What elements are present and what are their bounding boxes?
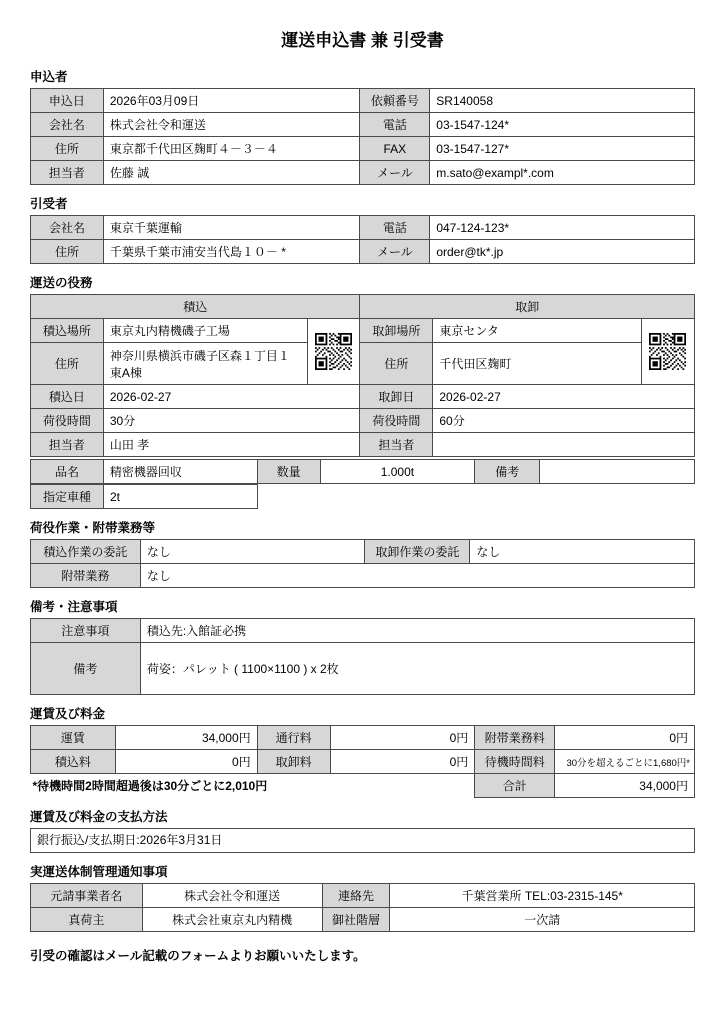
acceptor-table: 会社名 東京千葉運輸 電話 047-124-123* 住所 千葉県千葉市浦安当代… <box>30 215 695 264</box>
qr-code-icon <box>315 333 352 370</box>
table-row: 元請事業者名 株式会社令和運送 連絡先 千葉営業所 TEL:03-2315-14… <box>31 884 695 908</box>
field-value: 30分 <box>103 409 360 433</box>
field-value: 千葉営業所 TEL:03-2315-145* <box>390 884 695 908</box>
field-label: 運賃 <box>31 726 116 750</box>
field-label: 附帯業務 <box>31 564 141 588</box>
field-label: 住所 <box>360 343 433 385</box>
field-value: 03-1547-124* <box>430 113 695 137</box>
section-heading-management: 実運送体制管理通知事項 <box>30 862 695 880</box>
field-value: m.sato@exampl*.com <box>430 161 695 185</box>
field-label: 御社階層 <box>322 908 390 932</box>
payment-method-value: 銀行振込/支払期日:2026年3月31日 <box>30 828 695 853</box>
field-label: 通行料 <box>257 726 330 750</box>
field-label: 元請事業者名 <box>31 884 143 908</box>
table-row: 積込作業の委託 なし 取卸作業の委託 なし <box>31 540 695 564</box>
table-row: 荷役時間 30分 荷役時間 60分 <box>31 409 695 433</box>
table-row: 注意事項 積込先:入館証必携 <box>31 619 695 643</box>
loading-header: 積込 <box>31 295 360 319</box>
field-value: 0円 <box>330 726 475 750</box>
field-value: SR140058 <box>430 89 695 113</box>
field-label: 積込作業の委託 <box>31 540 141 564</box>
field-label: 備考 <box>475 460 540 484</box>
field-value: 株式会社令和運送 <box>103 113 360 137</box>
field-label: 合計 <box>475 774 555 798</box>
remarks-table: 注意事項 積込先:入館証必携 備考 荷姿：パレット ( 1100×1100 ) … <box>30 618 695 695</box>
table-row: 住所 千葉県千葉市浦安当代島１０－ * メール order@tk*.jp <box>31 240 695 264</box>
field-value: 34,000円 <box>115 726 257 750</box>
table-row: 附帯業務 なし <box>31 564 695 588</box>
field-value <box>540 460 695 484</box>
field-label: 申込日 <box>31 89 104 113</box>
unloading-qr-cell <box>641 319 694 385</box>
field-value: 東京千葉運輸 <box>103 216 360 240</box>
item-table: 品名 精密機器回収 数量 1.000t 備考 <box>30 459 695 484</box>
field-value: なし <box>140 540 365 564</box>
field-value: 精密機器回収 <box>103 460 257 484</box>
total-value: 34,000円 <box>555 774 695 798</box>
table-row: 担当者 山田 孝 担当者 <box>31 433 695 457</box>
field-label: 荷役時間 <box>31 409 104 433</box>
field-label: 住所 <box>31 343 104 385</box>
field-value: 荷姿：パレット ( 1100×1100 ) x 2枚 <box>140 643 694 695</box>
field-value: 千葉県千葉市浦安当代島１０－ * <box>103 240 360 264</box>
field-value: 0円 <box>555 726 695 750</box>
field-label: 会社名 <box>31 216 104 240</box>
table-row: 真荷主 株式会社東京丸内精機 御社階層 一次請 <box>31 908 695 932</box>
table-row: 会社名 東京千葉運輸 電話 047-124-123* <box>31 216 695 240</box>
field-value: 一次請 <box>390 908 695 932</box>
field-value: 30分を超えるごとに1,680円* <box>555 750 695 774</box>
field-label: 積込料 <box>31 750 116 774</box>
management-table: 元請事業者名 株式会社令和運送 連絡先 千葉営業所 TEL:03-2315-14… <box>30 883 695 932</box>
field-value: なし <box>470 540 695 564</box>
field-label: メール <box>360 240 430 264</box>
section-heading-work: 荷役作業・附帯業務等 <box>30 518 695 536</box>
field-value: 株式会社令和運送 <box>142 884 322 908</box>
field-value <box>433 433 695 457</box>
table-row: 積込場所 東京丸内精機磯子工場 取卸場所 東京センタ <box>31 319 695 343</box>
waiting-time-note: *待機時間2時間超過後は30分ごとに2,010円 <box>31 774 475 798</box>
field-label: 取卸日 <box>360 385 433 409</box>
field-label: 附帯業務料 <box>475 726 555 750</box>
field-label: 取卸作業の委託 <box>365 540 470 564</box>
field-value: 047-124-123* <box>430 216 695 240</box>
field-label: 住所 <box>31 137 104 161</box>
field-value: 東京都千代田区麹町４－３－４ <box>103 137 360 161</box>
field-value: 積込先:入館証必携 <box>140 619 694 643</box>
field-label: メール <box>360 161 430 185</box>
page-title: 運送申込書 兼 引受書 <box>30 26 695 51</box>
vehicle-table: 指定車種 2t <box>30 484 258 509</box>
document-page: 運送申込書 兼 引受書 申込者 申込日 2026年03月09日 依頼番号 SR1… <box>0 0 724 964</box>
field-value: 山田 孝 <box>103 433 360 457</box>
table-row: 指定車種 2t <box>31 485 258 509</box>
field-label: 住所 <box>31 240 104 264</box>
table-row: 積込料 0円 取卸料 0円 待機時間料 30分を超えるごとに1,680円* <box>31 750 695 774</box>
table-row: 会社名 株式会社令和運送 電話 03-1547-124* <box>31 113 695 137</box>
table-row: 備考 荷姿：パレット ( 1100×1100 ) x 2枚 <box>31 643 695 695</box>
field-label: 指定車種 <box>31 485 104 509</box>
field-value: なし <box>140 564 694 588</box>
table-row: 品名 精密機器回収 数量 1.000t 備考 <box>31 460 695 484</box>
unloading-header: 取卸 <box>360 295 695 319</box>
field-label: 連絡先 <box>322 884 390 908</box>
section-heading-applicant: 申込者 <box>30 67 695 85</box>
field-value: 03-1547-127* <box>430 137 695 161</box>
service-table: 積込 取卸 積込場所 東京丸内精機磯子工場 取卸場所 東京センタ 住所 神奈川県… <box>30 294 695 457</box>
section-heading-payment: 運賃及び料金の支払方法 <box>30 807 695 825</box>
qr-code-icon <box>649 333 686 370</box>
field-label: 担当者 <box>360 433 433 457</box>
field-label: 担当者 <box>31 433 104 457</box>
field-label: 電話 <box>360 216 430 240</box>
table-row: 積込 取卸 <box>31 295 695 319</box>
field-label: 注意事項 <box>31 619 141 643</box>
section-heading-service: 運送の役務 <box>30 273 695 291</box>
fees-table: 運賃 34,000円 通行料 0円 附帯業務料 0円 積込料 0円 取卸料 0円… <box>30 725 695 798</box>
field-label: 電話 <box>360 113 430 137</box>
field-label: 数量 <box>257 460 320 484</box>
field-value: order@tk*.jp <box>430 240 695 264</box>
field-label: 積込場所 <box>31 319 104 343</box>
field-value: 2026-02-27 <box>433 385 695 409</box>
section-heading-fees: 運賃及び料金 <box>30 704 695 722</box>
field-label: 取卸場所 <box>360 319 433 343</box>
field-value: 東京丸内精機磯子工場 <box>103 319 307 343</box>
field-label: 待機時間料 <box>475 750 555 774</box>
table-row: *待機時間2時間超過後は30分ごとに2,010円 合計 34,000円 <box>31 774 695 798</box>
field-value: 2026-02-27 <box>103 385 360 409</box>
applicant-table: 申込日 2026年03月09日 依頼番号 SR140058 会社名 株式会社令和… <box>30 88 695 185</box>
field-label: 品名 <box>31 460 104 484</box>
table-row: 住所 神奈川県横浜市磯子区森１丁目１ 東A棟 住所 千代田区麹町 <box>31 343 695 385</box>
table-row: 住所 東京都千代田区麹町４－３－４ FAX 03-1547-127* <box>31 137 695 161</box>
field-value: 1.000t <box>320 460 475 484</box>
table-row: 運賃 34,000円 通行料 0円 附帯業務料 0円 <box>31 726 695 750</box>
field-value: 0円 <box>115 750 257 774</box>
field-value: 2026年03月09日 <box>103 89 360 113</box>
field-value: 株式会社東京丸内精機 <box>142 908 322 932</box>
field-value: 2t <box>104 485 258 509</box>
field-value: 千代田区麹町 <box>433 343 642 385</box>
table-row: 積込日 2026-02-27 取卸日 2026-02-27 <box>31 385 695 409</box>
field-label: 備考 <box>31 643 141 695</box>
field-value: 神奈川県横浜市磯子区森１丁目１ 東A棟 <box>103 343 307 385</box>
field-label: 荷役時間 <box>360 409 433 433</box>
field-label: 取卸料 <box>257 750 330 774</box>
field-label: 依頼番号 <box>360 89 430 113</box>
field-label: 担当者 <box>31 161 104 185</box>
loading-qr-cell <box>307 319 360 385</box>
field-value: 東京センタ <box>433 319 642 343</box>
table-row: 担当者 佐藤 誠 メール m.sato@exampl*.com <box>31 161 695 185</box>
field-label: 会社名 <box>31 113 104 137</box>
field-label: 真荷主 <box>31 908 143 932</box>
table-row: 申込日 2026年03月09日 依頼番号 SR140058 <box>31 89 695 113</box>
section-heading-acceptor: 引受者 <box>30 194 695 212</box>
work-table: 積込作業の委託 なし 取卸作業の委託 なし 附帯業務 なし <box>30 539 695 588</box>
field-value: 60分 <box>433 409 695 433</box>
section-heading-remarks: 備考・注意事項 <box>30 597 695 615</box>
field-label: FAX <box>360 137 430 161</box>
field-value: 佐藤 誠 <box>103 161 360 185</box>
confirmation-footer-note: 引受の確認はメール記載のフォームよりお願いいたします。 <box>30 946 695 964</box>
field-label: 積込日 <box>31 385 104 409</box>
field-value: 0円 <box>330 750 475 774</box>
